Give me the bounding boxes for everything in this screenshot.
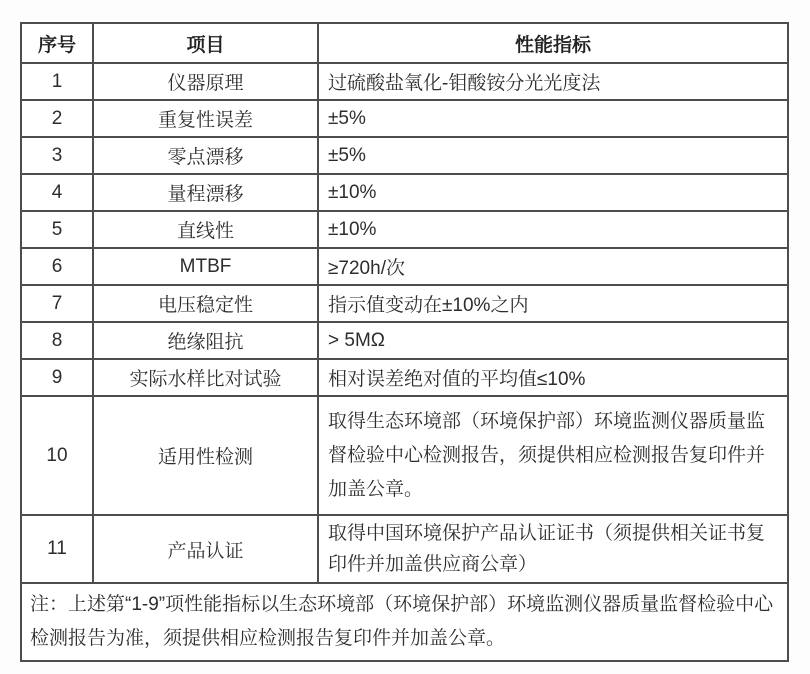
- row-no: 4: [21, 174, 93, 211]
- row-no: 1: [21, 63, 93, 100]
- table-row: 6 MTBF ≥720h/次: [21, 248, 788, 285]
- table-row: 9 实际水样比对试验 相对误差绝对值的平均值≤10%: [21, 359, 788, 396]
- row-no: 9: [21, 359, 93, 396]
- row-indicator: 过硫酸盐氧化-钼酸铵分光光度法: [318, 63, 788, 100]
- row-item: 仪器原理: [93, 63, 318, 100]
- row-no: 3: [21, 137, 93, 174]
- row-no: 10: [21, 396, 93, 515]
- table-note: 注：上述第“1-9”项性能指标以生态环境部（环境保护部）环境监测仪器质量监督检验…: [21, 583, 788, 661]
- header-indicator: 性能指标: [318, 23, 788, 63]
- row-indicator: 取得生态环境部（环境保护部）环境监测仪器质量监督检验中心检测报告，须提供相应检测…: [318, 396, 788, 515]
- table-row: 5 直线性 ±10%: [21, 211, 788, 248]
- row-no: 5: [21, 211, 93, 248]
- row-item: 直线性: [93, 211, 318, 248]
- performance-spec-table: 序号 项目 性能指标 1 仪器原理 过硫酸盐氧化-钼酸铵分光光度法 2 重复性误…: [20, 22, 789, 662]
- table-row: 3 零点漂移 ±5%: [21, 137, 788, 174]
- row-item: 绝缘阻抗: [93, 322, 318, 359]
- row-indicator: ≥720h/次: [318, 248, 788, 285]
- row-item: 实际水样比对试验: [93, 359, 318, 396]
- document-page: 序号 项目 性能指标 1 仪器原理 过硫酸盐氧化-钼酸铵分光光度法 2 重复性误…: [0, 0, 810, 674]
- header-item: 项目: [93, 23, 318, 63]
- table-note-row: 注：上述第“1-9”项性能指标以生态环境部（环境保护部）环境监测仪器质量监督检验…: [21, 583, 788, 661]
- table-row: 4 量程漂移 ±10%: [21, 174, 788, 211]
- row-indicator: 相对误差绝对值的平均值≤10%: [318, 359, 788, 396]
- row-no: 2: [21, 100, 93, 137]
- row-item: 量程漂移: [93, 174, 318, 211]
- row-indicator: 指示值变动在±10%之内: [318, 285, 788, 322]
- row-no: 7: [21, 285, 93, 322]
- row-indicator: 取得中国环境保护产品认证证书（须提供相关证书复印件并加盖供应商公章）: [318, 515, 788, 583]
- row-item: MTBF: [93, 248, 318, 285]
- row-no: 8: [21, 322, 93, 359]
- row-item: 零点漂移: [93, 137, 318, 174]
- table-row: 1 仪器原理 过硫酸盐氧化-钼酸铵分光光度法: [21, 63, 788, 100]
- row-item: 重复性误差: [93, 100, 318, 137]
- row-item: 电压稳定性: [93, 285, 318, 322]
- row-no: 6: [21, 248, 93, 285]
- row-indicator: ±5%: [318, 100, 788, 137]
- row-indicator: ±5%: [318, 137, 788, 174]
- table-row: 11 产品认证 取得中国环境保护产品认证证书（须提供相关证书复印件并加盖供应商公…: [21, 515, 788, 583]
- header-no: 序号: [21, 23, 93, 63]
- row-indicator: > 5MΩ: [318, 322, 788, 359]
- row-item: 产品认证: [93, 515, 318, 583]
- table-row: 10 适用性检测 取得生态环境部（环境保护部）环境监测仪器质量监督检验中心检测报…: [21, 396, 788, 515]
- table-row: 7 电压稳定性 指示值变动在±10%之内: [21, 285, 788, 322]
- table-row: 8 绝缘阻抗 > 5MΩ: [21, 322, 788, 359]
- row-item: 适用性检测: [93, 396, 318, 515]
- table-row: 2 重复性误差 ±5%: [21, 100, 788, 137]
- table-header-row: 序号 项目 性能指标: [21, 23, 788, 63]
- row-no: 11: [21, 515, 93, 583]
- row-indicator: ±10%: [318, 211, 788, 248]
- row-indicator: ±10%: [318, 174, 788, 211]
